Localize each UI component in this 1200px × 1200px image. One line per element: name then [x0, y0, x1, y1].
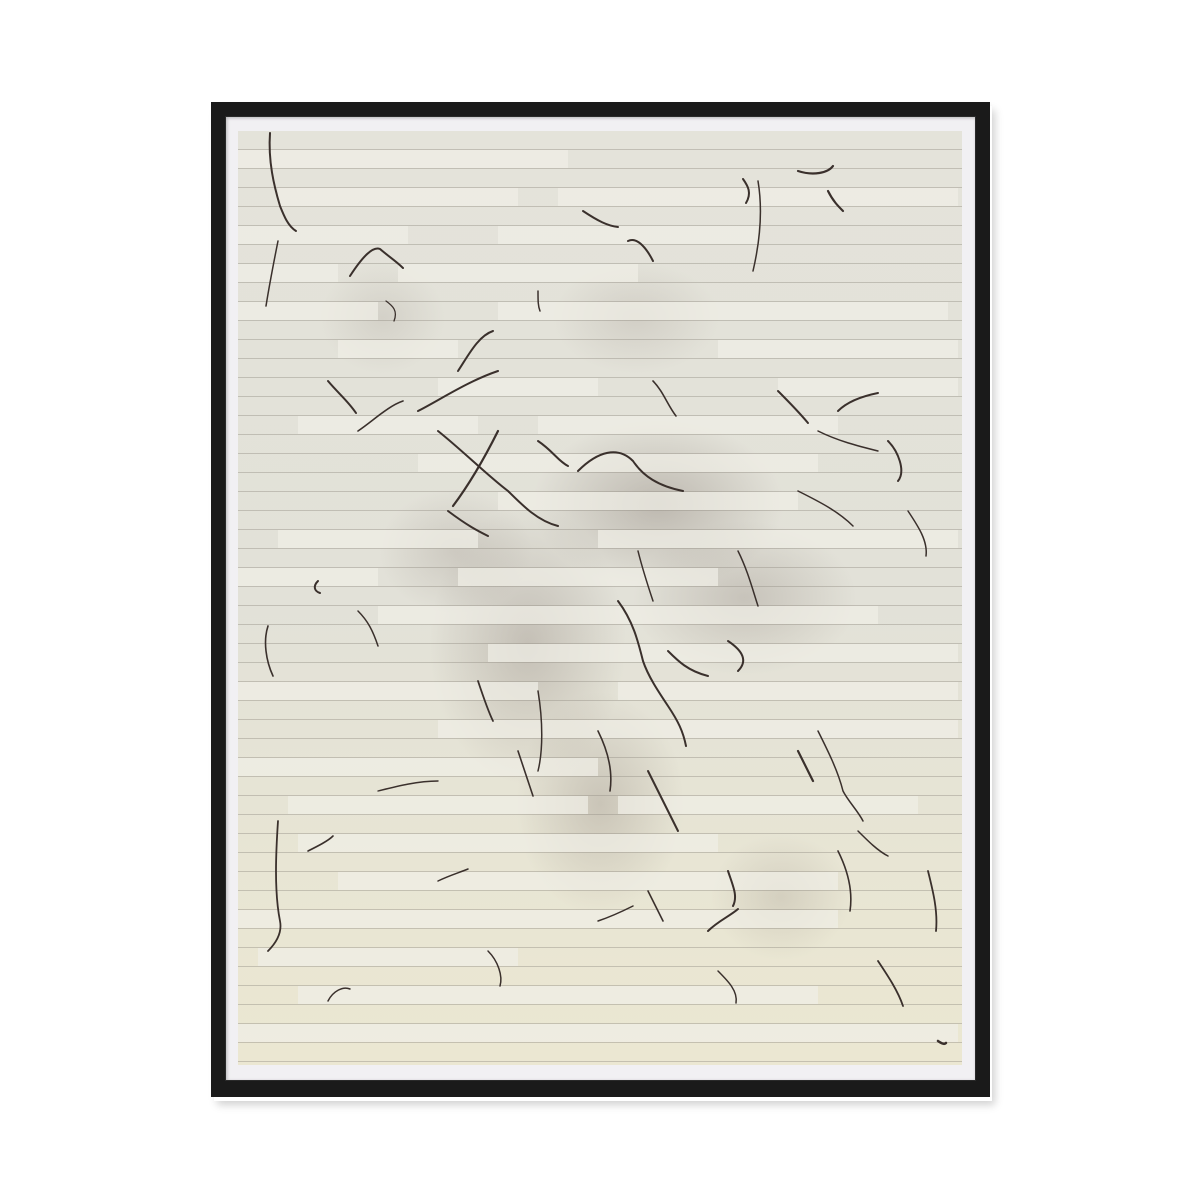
artwork — [238, 131, 962, 1065]
ink-gestures — [238, 131, 962, 1065]
